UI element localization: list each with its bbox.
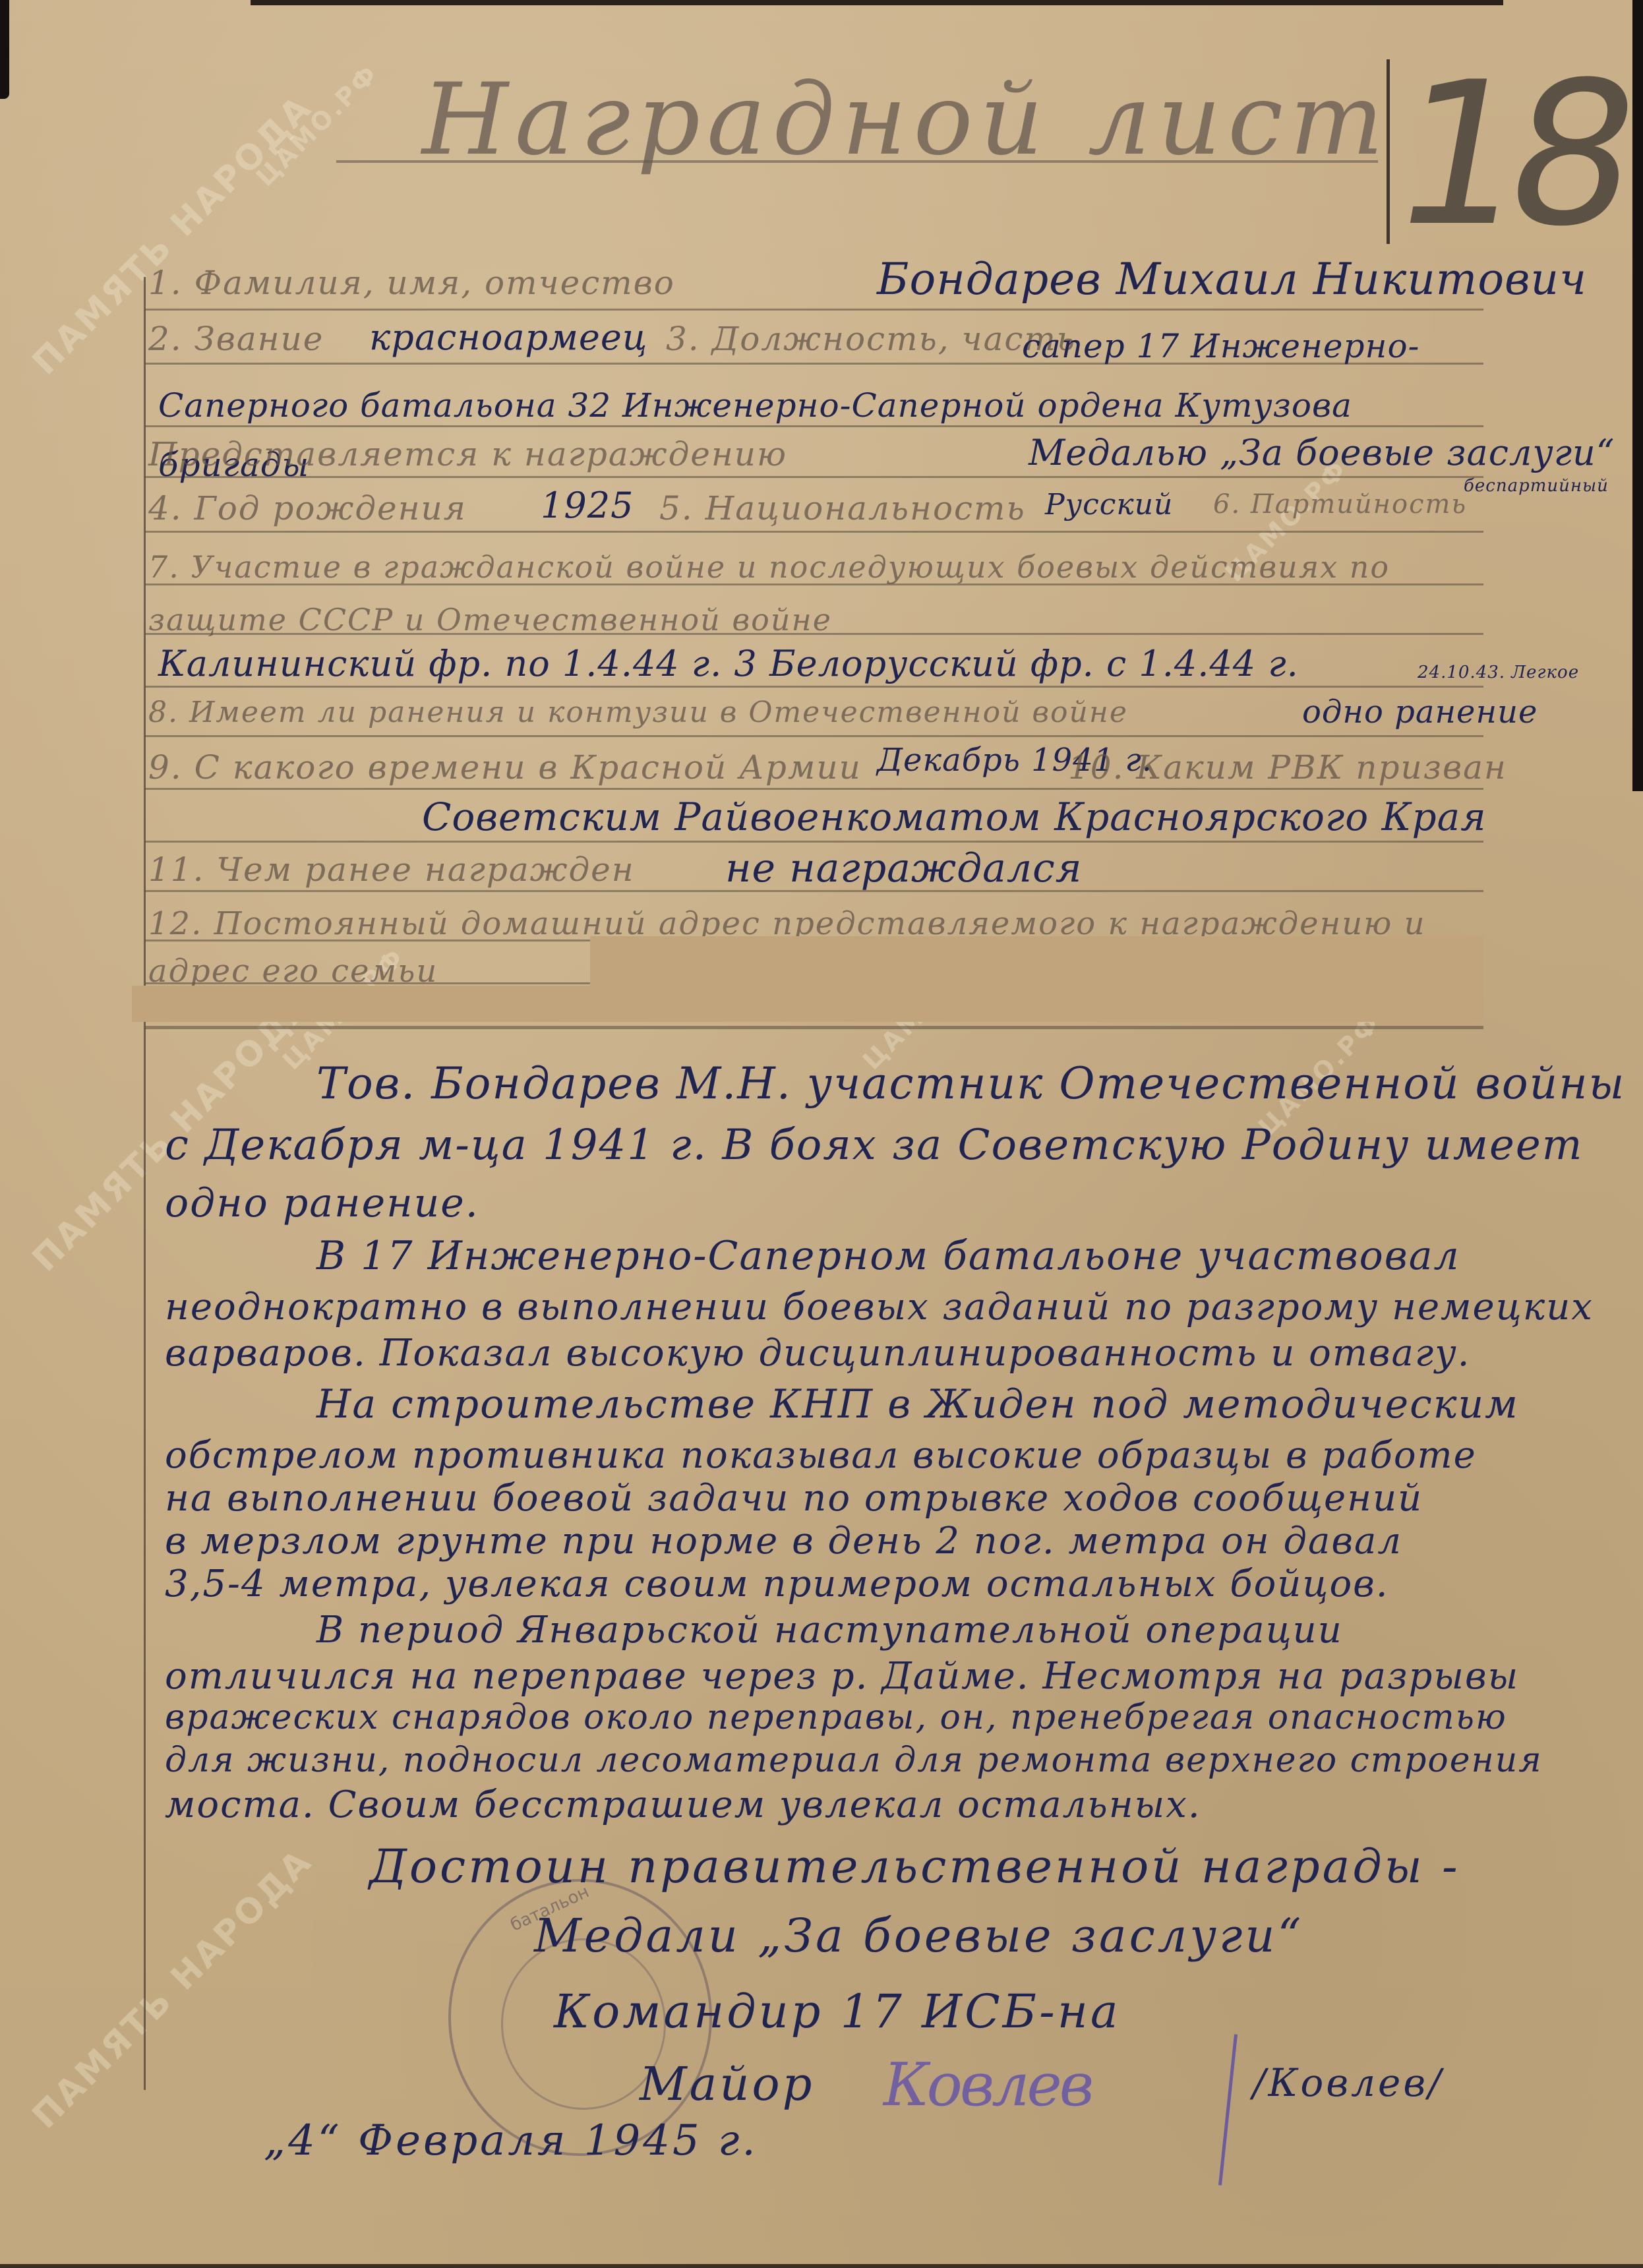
narrative-line: отличился на переправе через р. Дайме. Н… [165,1655,1519,1698]
narrative-line: обстрелом противника показывал высокие о… [165,1434,1477,1477]
watermark-pamyat-naroda: ПАМЯТЬ НАРОДА [26,1843,319,2135]
commander-name: /Ковлев/ [1253,2060,1444,2105]
form-rule [145,686,1483,688]
form-rule-heavy [145,1026,1483,1029]
field-label-full-name: 1. Фамилия, имя, отчество [148,264,675,302]
field-value-draft-office: Советским Райвоенкоматом Красноярского К… [422,794,1487,839]
scan-edge-left [0,0,9,99]
conclusion-recommendation: Достоин правительственной награды - [369,1839,1460,1894]
commander-title: Командир 17 ИСБ-на [554,1984,1121,2039]
field-value-party: беспартийный [1464,476,1609,496]
field-value-birth-year: 1925 [541,485,634,526]
title-underline [336,160,1378,163]
narrative-line: для жизни, подносил лесоматериал для рем… [165,1741,1543,1780]
scan-edge-bottom [0,2264,1643,2268]
narrative-line: вражеских снарядов около переправы, он, … [165,1698,1507,1737]
field-value-full-name: Бондарев Михаил Никитович [877,254,1587,305]
award-sheet: ПАМЯТЬ НАРОДА ПАМЯТЬ НАРОДА ПАМЯТЬ НАРОД… [0,0,1643,2268]
narrative-line: Тов. Бондарев М.Н. участник Отечественно… [316,1058,1625,1109]
field-label-party: 6. Партийность [1213,489,1467,520]
conclusion-award: Медали „За боевые заслуги“ [534,1909,1303,1963]
commander-signature: Ковлев [883,2050,1091,2120]
narrative-line: 3,5-4 метра, увлекая своим примером оста… [165,1563,1389,1605]
narrative-line: одно ранение. [165,1180,479,1226]
redacted-area [590,936,1483,1022]
field-label-birth-year: 4. Год рождения [148,489,467,527]
narrative-line: неоднократно в выполнении боевых заданий… [165,1286,1594,1328]
narrative-line: варваров. Показал высокую дисциплинирова… [165,1332,1470,1375]
field-note-wound-date: 24.10.43. Легкое [1418,663,1579,682]
narrative-line: На строительстве КНП в Жиден под методич… [316,1381,1519,1427]
field-label-wounds: 8. Имеет ли ранения и контузии в Отечест… [148,696,1128,729]
signature-stroke [1218,2034,1238,2185]
archive-number: 187 [1377,40,1643,270]
watermark-camo: ЦАМО.РФ [251,58,384,192]
field-value-award: Медалью „За боевые заслуги“ [1029,432,1615,473]
field-label-nationality: 5. Национальность [659,489,1026,527]
scan-edge-top [251,0,1503,5]
form-rule [145,841,1483,843]
narrative-line: с Декабря м-ца 1941 г. В боях за Советск… [165,1121,1583,1170]
narrative-line: на выполнении боевой задачи по отрывке х… [165,1477,1423,1520]
redacted-area [132,986,593,1022]
form-margin-rule [144,277,146,2090]
narrative-line: В период Январьской наступательной опера… [316,1609,1343,1652]
form-rule [145,309,1483,311]
form-rule [145,788,1483,790]
commander-rank: Майор [640,2057,814,2111]
narrative-line: в мерзлом грунте при норме в день 2 пог.… [165,1520,1402,1563]
document-date: „4“ Февраля 1945 г. [264,2116,758,2165]
field-value-previous-awards: не награждался [725,845,1082,891]
field-label-draft-office: 10. Каким РВК призван [1068,748,1507,787]
narrative-line: моста. Своим бесстрашием увлекал остальн… [165,1783,1201,1826]
field-value-nationality: Русский [1045,488,1173,522]
field-value-wounds: одно ранение [1302,694,1538,731]
form-rule [145,735,1483,737]
field-label-army-since: 9. С какого времени в Красной Армии [148,748,862,787]
field-label-war-participation: 7. Участие в гражданской войне и последу… [148,541,1467,646]
field-label-previous-awards: 11. Чем ранее награжден [148,850,635,889]
form-rule [145,531,1483,533]
field-label-award: Представляется к награждению [148,435,787,473]
field-value-war-participation: Калининский фр. по 1.4.44 г. 3 Белорусск… [158,643,1299,684]
narrative-line: В 17 Инженерно-Саперном батальоне участв… [316,1233,1460,1279]
